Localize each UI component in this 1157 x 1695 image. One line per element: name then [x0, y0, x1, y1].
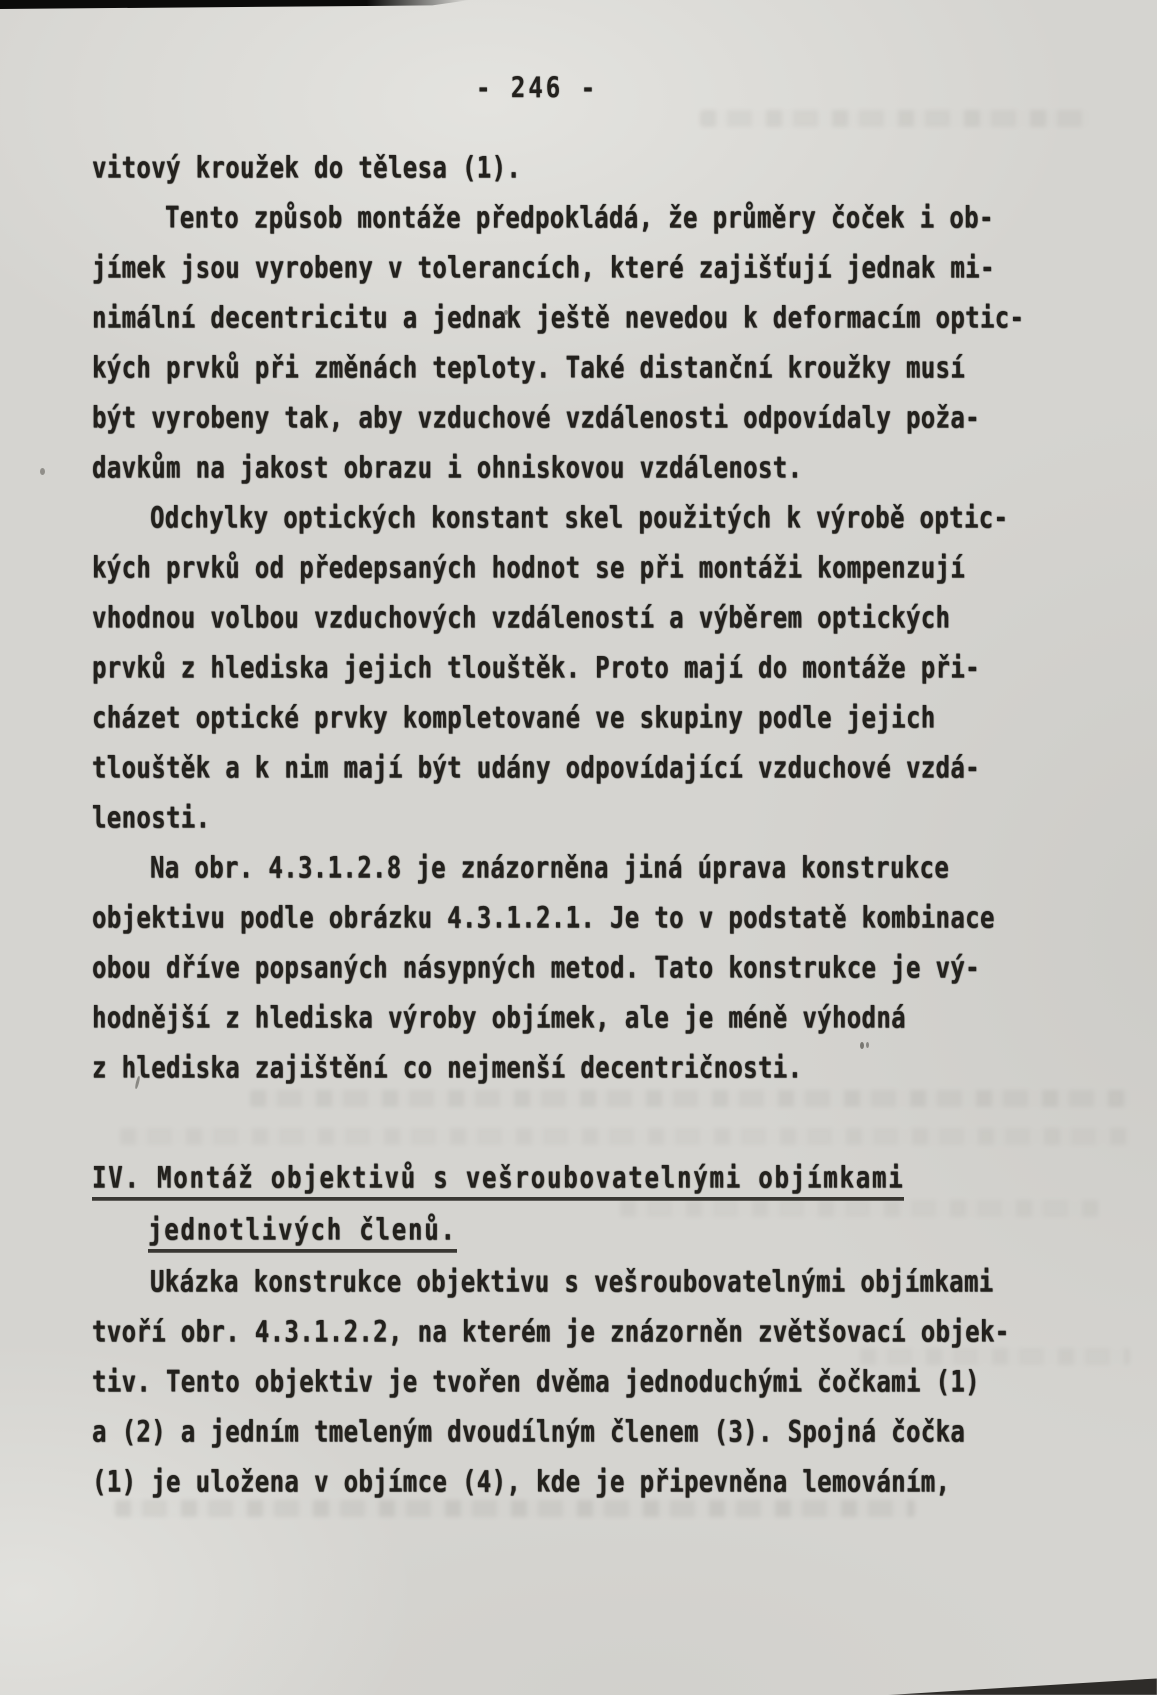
scan-artifact-bottom-right-corner	[888, 1677, 1157, 1695]
ink-speck	[40, 468, 45, 475]
text-line: (1) je uložena v objímce (4), kde je při…	[92, 1462, 1082, 1523]
scanned-document-page: - 246 - vitový kroužek do tělesa (1). Te…	[0, 0, 1157, 1695]
bleedthrough-smudge	[700, 110, 1090, 127]
scan-artifact-top-bar	[0, 0, 470, 9]
page-number: - 246 -	[476, 68, 598, 108]
text-line: z hlediska zajištění co nejmenší decentr…	[92, 1048, 1082, 1109]
section-heading-text: jednotlivých členů.	[148, 1212, 457, 1252]
section-heading-text: IV. Montáž objektivů s vešroubovatelnými…	[92, 1160, 904, 1200]
page-body: vitový kroužek do tělesa (1). Tento způs…	[92, 148, 1082, 1512]
